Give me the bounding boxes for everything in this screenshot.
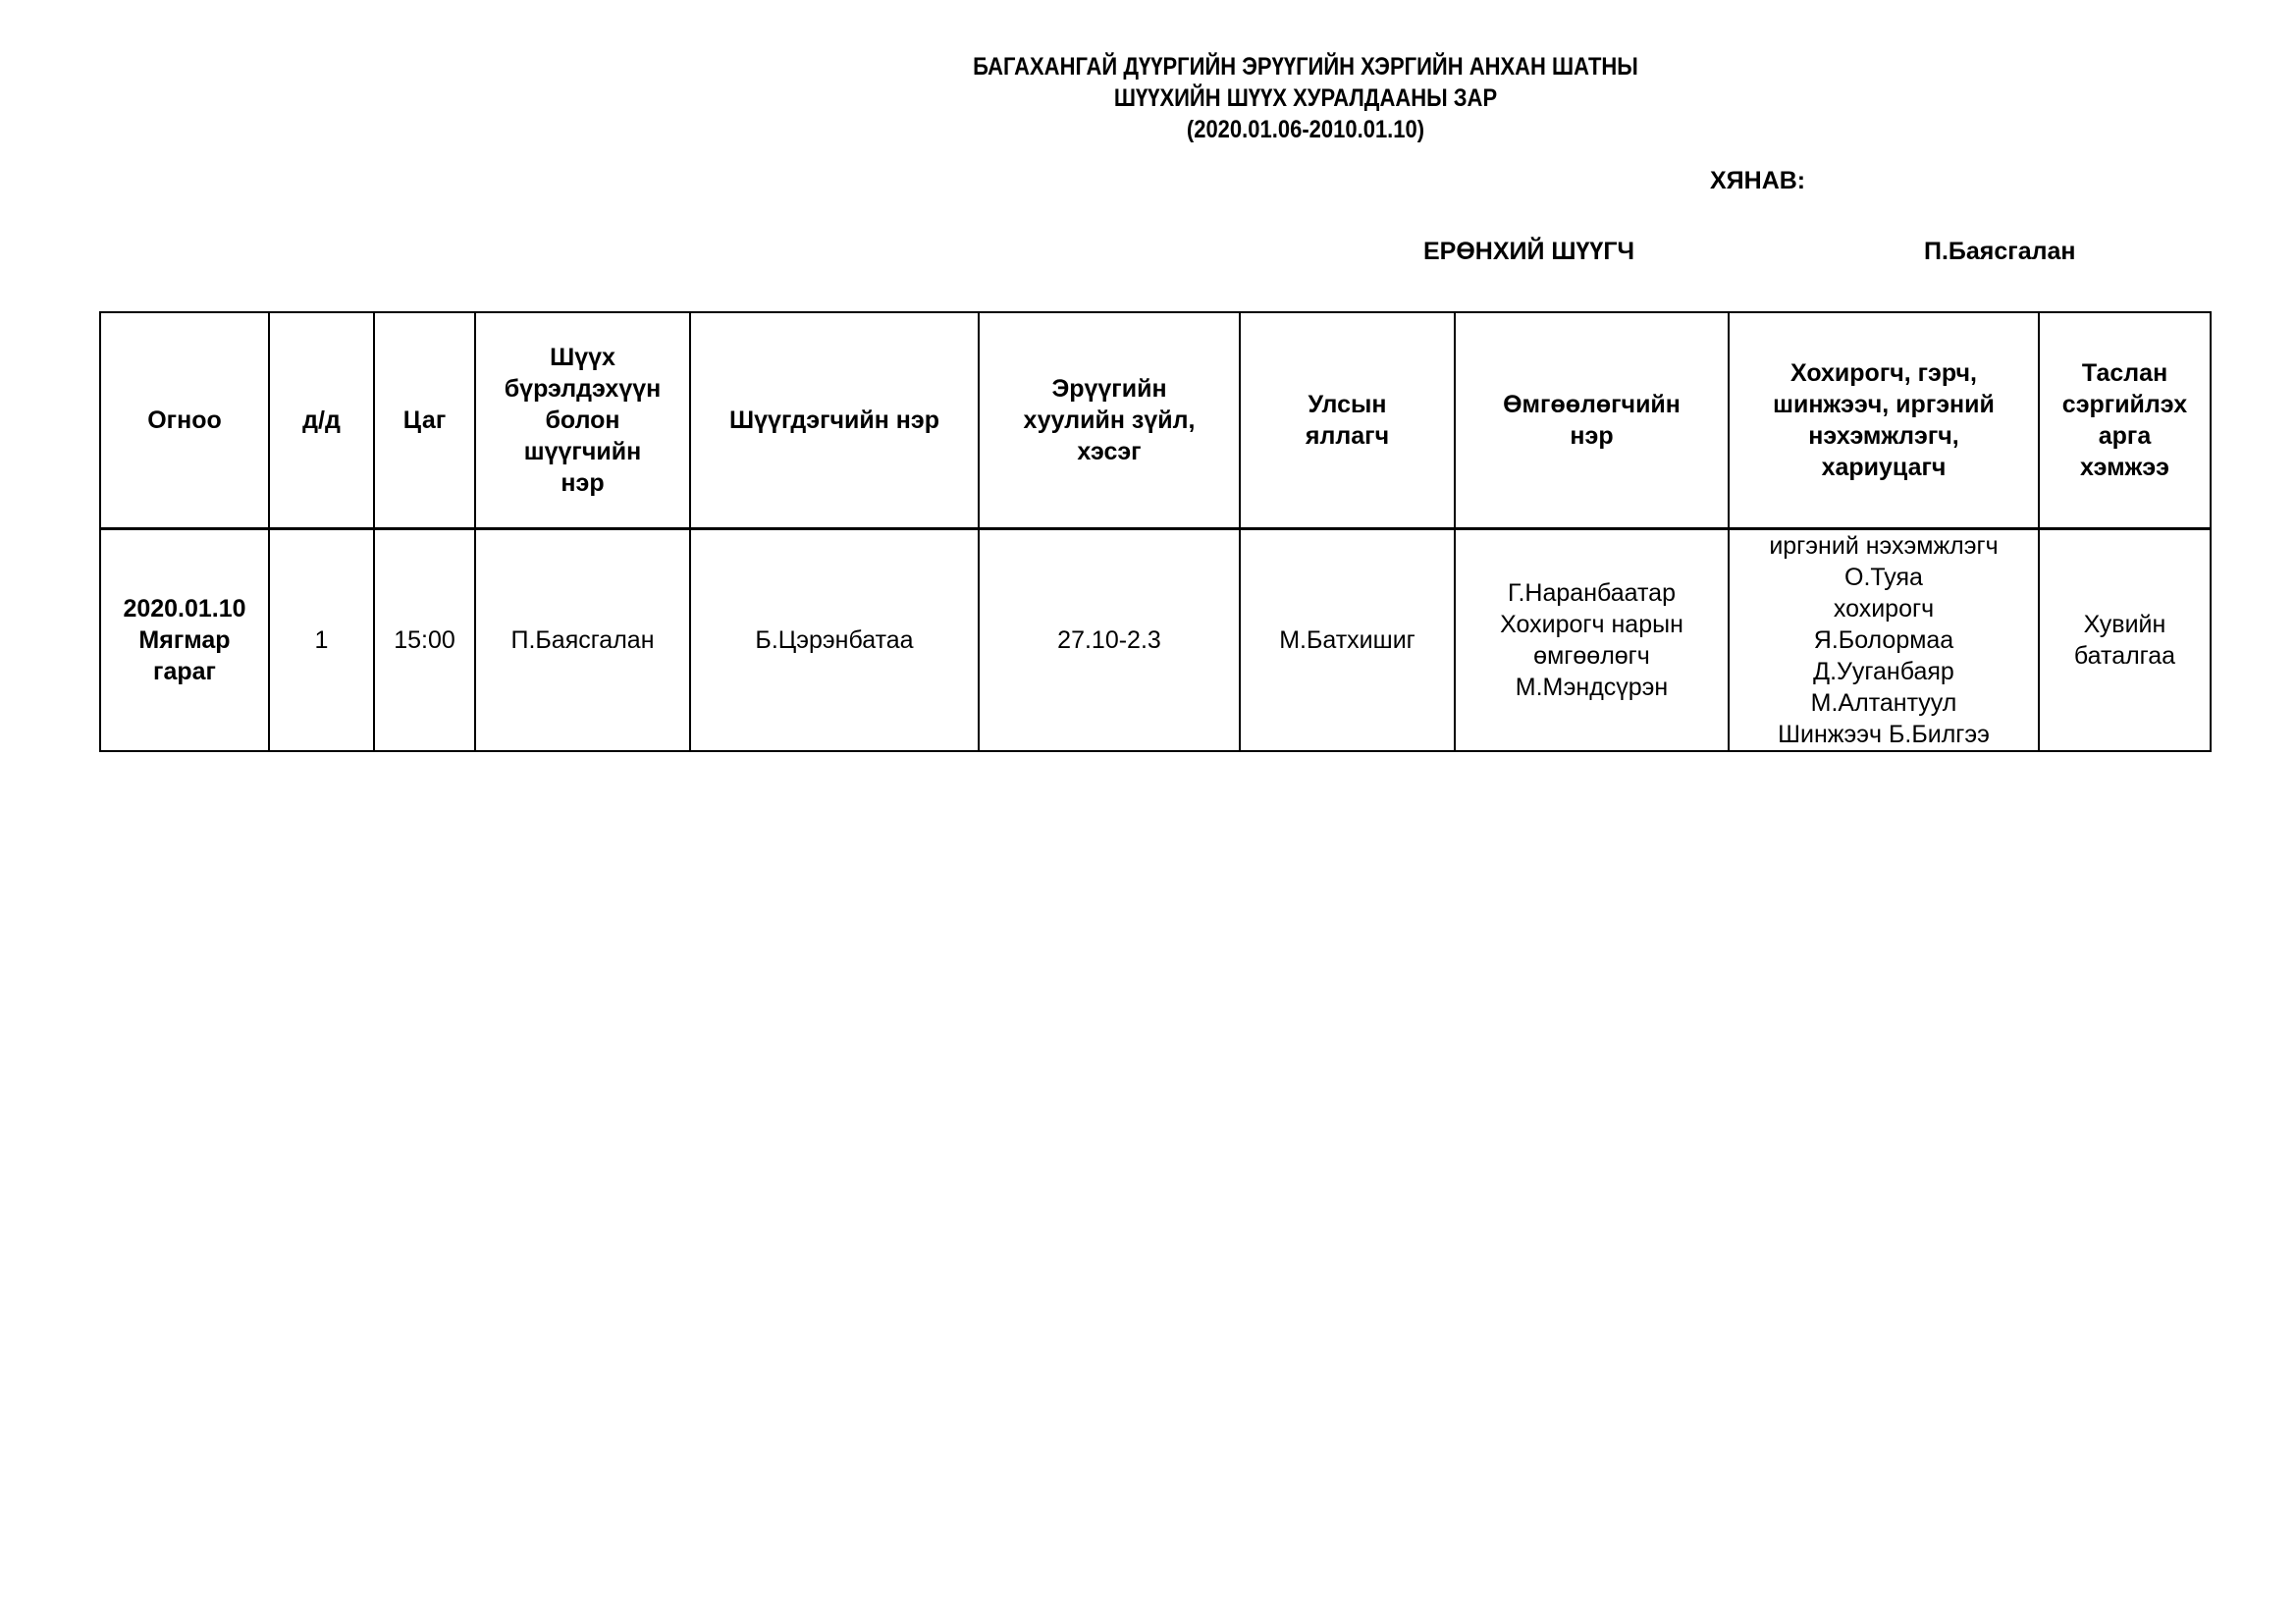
cell-line: Цаг: [381, 405, 468, 436]
cell-line: 2020.01.10: [107, 593, 262, 624]
cell-line: Улсын: [1247, 389, 1448, 420]
cell-line: яллагч: [1247, 420, 1448, 452]
cell-line: Хувийн: [2046, 609, 2204, 640]
cell-line: хэмжээ: [2046, 452, 2204, 483]
column-header-measure: Таслансэргийлэхаргахэмжээ: [2039, 312, 2211, 528]
cell-number: 1: [269, 528, 374, 751]
cell-line: өмгөөлөгч: [1462, 640, 1722, 672]
cell-line: бүрэлдэхүүн: [482, 373, 683, 405]
cell-line: Я.Болормаа: [1735, 624, 2032, 656]
cell-date: 2020.01.10Мягмаргараг: [100, 528, 269, 751]
column-header-prosecutor: Улсыняллагч: [1240, 312, 1455, 528]
cell-line: Өмгөөлөгчийн: [1462, 389, 1722, 420]
cell-line: М.Мэндсүрэн: [1462, 672, 1722, 703]
cell-judge: П.Баясгалан: [475, 528, 690, 751]
cell-line: сэргийлэх: [2046, 389, 2204, 420]
cell-line: нэр: [482, 467, 683, 499]
cell-line: Шинжээч Б.Билгээ: [1735, 719, 2032, 750]
approve-label: ХЯНАВ:: [1710, 167, 1805, 195]
cell-parties: иргэний нэхэмжлэгчО.ТуяахохирогчЯ.Болорм…: [1729, 528, 2039, 751]
cell-line: Мягмар: [107, 624, 262, 656]
cell-defendant: Б.Цэрэнбатаа: [690, 528, 979, 751]
column-header-lawyer: Өмгөөлөгчийннэр: [1455, 312, 1729, 528]
chief-judge-name: П.Баясгалан: [1924, 238, 2075, 266]
table-header-row: Огноо д/д Цаг Шүүхбүрэлдэхүүнболоншүүгчи…: [100, 312, 2211, 528]
cell-line: Шүүгдэгчийн нэр: [697, 405, 972, 436]
cell-line: Хохирогч, гэрч,: [1735, 357, 2032, 389]
column-header-parties: Хохирогч, гэрч,шинжээч, иргэнийнэхэмжлэг…: [1729, 312, 2039, 528]
cell-line: болон: [482, 405, 683, 436]
cell-line: хохирогч: [1735, 593, 2032, 624]
column-header-judge: Шүүхбүрэлдэхүүнболоншүүгчийннэр: [475, 312, 690, 528]
cell-line: хуулийн зүйл,: [986, 405, 1233, 436]
table-row: 2020.01.10Мягмаргараг 1 15:00 П.Баясгала…: [100, 528, 2211, 751]
cell-line: нэхэмжлэгч,: [1735, 420, 2032, 452]
cell-line: Эрүүгийн: [986, 373, 1233, 405]
cell-line: хариуцагч: [1735, 452, 2032, 483]
cell-line: гараг: [107, 656, 262, 687]
column-header-time: Цаг: [374, 312, 475, 528]
title-line-period: (2020.01.06-2010.01.10): [830, 114, 1781, 145]
hearing-schedule-table: Огноо д/д Цаг Шүүхбүрэлдэхүүнболоншүүгчи…: [99, 311, 2212, 752]
cell-line: баталгаа: [2046, 640, 2204, 672]
cell-prosecutor: М.Батхишиг: [1240, 528, 1455, 751]
title-line-announcement: ШҮҮХИЙН ШҮҮХ ХУРАЛДААНЫ ЗАР: [830, 82, 1781, 114]
cell-measure: Хувийнбаталгаа: [2039, 528, 2211, 751]
chief-judge-title: ЕРӨНХИЙ ШҮҮГЧ: [1423, 238, 1634, 266]
cell-line: Г.Наранбаатар: [1462, 577, 1722, 609]
cell-line: Д.Ууганбаяр: [1735, 656, 2032, 687]
cell-line: шинжээч, иргэний: [1735, 389, 2032, 420]
cell-line: О.Туяа: [1735, 562, 2032, 593]
cell-article: 27.10-2.3: [979, 528, 1240, 751]
cell-lawyer: Г.НаранбаатарХохирогч нарынөмгөөлөгчМ.Мэ…: [1455, 528, 1729, 751]
cell-line: хэсэг: [986, 436, 1233, 467]
cell-line: иргэний нэхэмжлэгч: [1735, 530, 2032, 562]
cell-line: Хохирогч нарын: [1462, 609, 1722, 640]
cell-line: шүүгчийн: [482, 436, 683, 467]
title-line-court: БАГАХАНГАЙ ДҮҮРГИЙН ЭРҮҮГИЙН ХЭРГИЙН АНХ…: [830, 51, 1781, 82]
cell-time: 15:00: [374, 528, 475, 751]
cell-line: арга: [2046, 420, 2204, 452]
cell-line: Шүүх: [482, 342, 683, 373]
column-header-number: д/д: [269, 312, 374, 528]
cell-line: Огноо: [107, 405, 262, 436]
column-header-article: Эрүүгийнхуулийн зүйл,хэсэг: [979, 312, 1240, 528]
column-header-date: Огноо: [100, 312, 269, 528]
document-title: БАГАХАНГАЙ ДҮҮРГИЙН ЭРҮҮГИЙН ХЭРГИЙН АНХ…: [830, 51, 1781, 145]
cell-line: М.Алтантуул: [1735, 687, 2032, 719]
column-header-defendant: Шүүгдэгчийн нэр: [690, 312, 979, 528]
cell-line: нэр: [1462, 420, 1722, 452]
cell-line: Таслан: [2046, 357, 2204, 389]
cell-line: д/д: [276, 405, 367, 436]
